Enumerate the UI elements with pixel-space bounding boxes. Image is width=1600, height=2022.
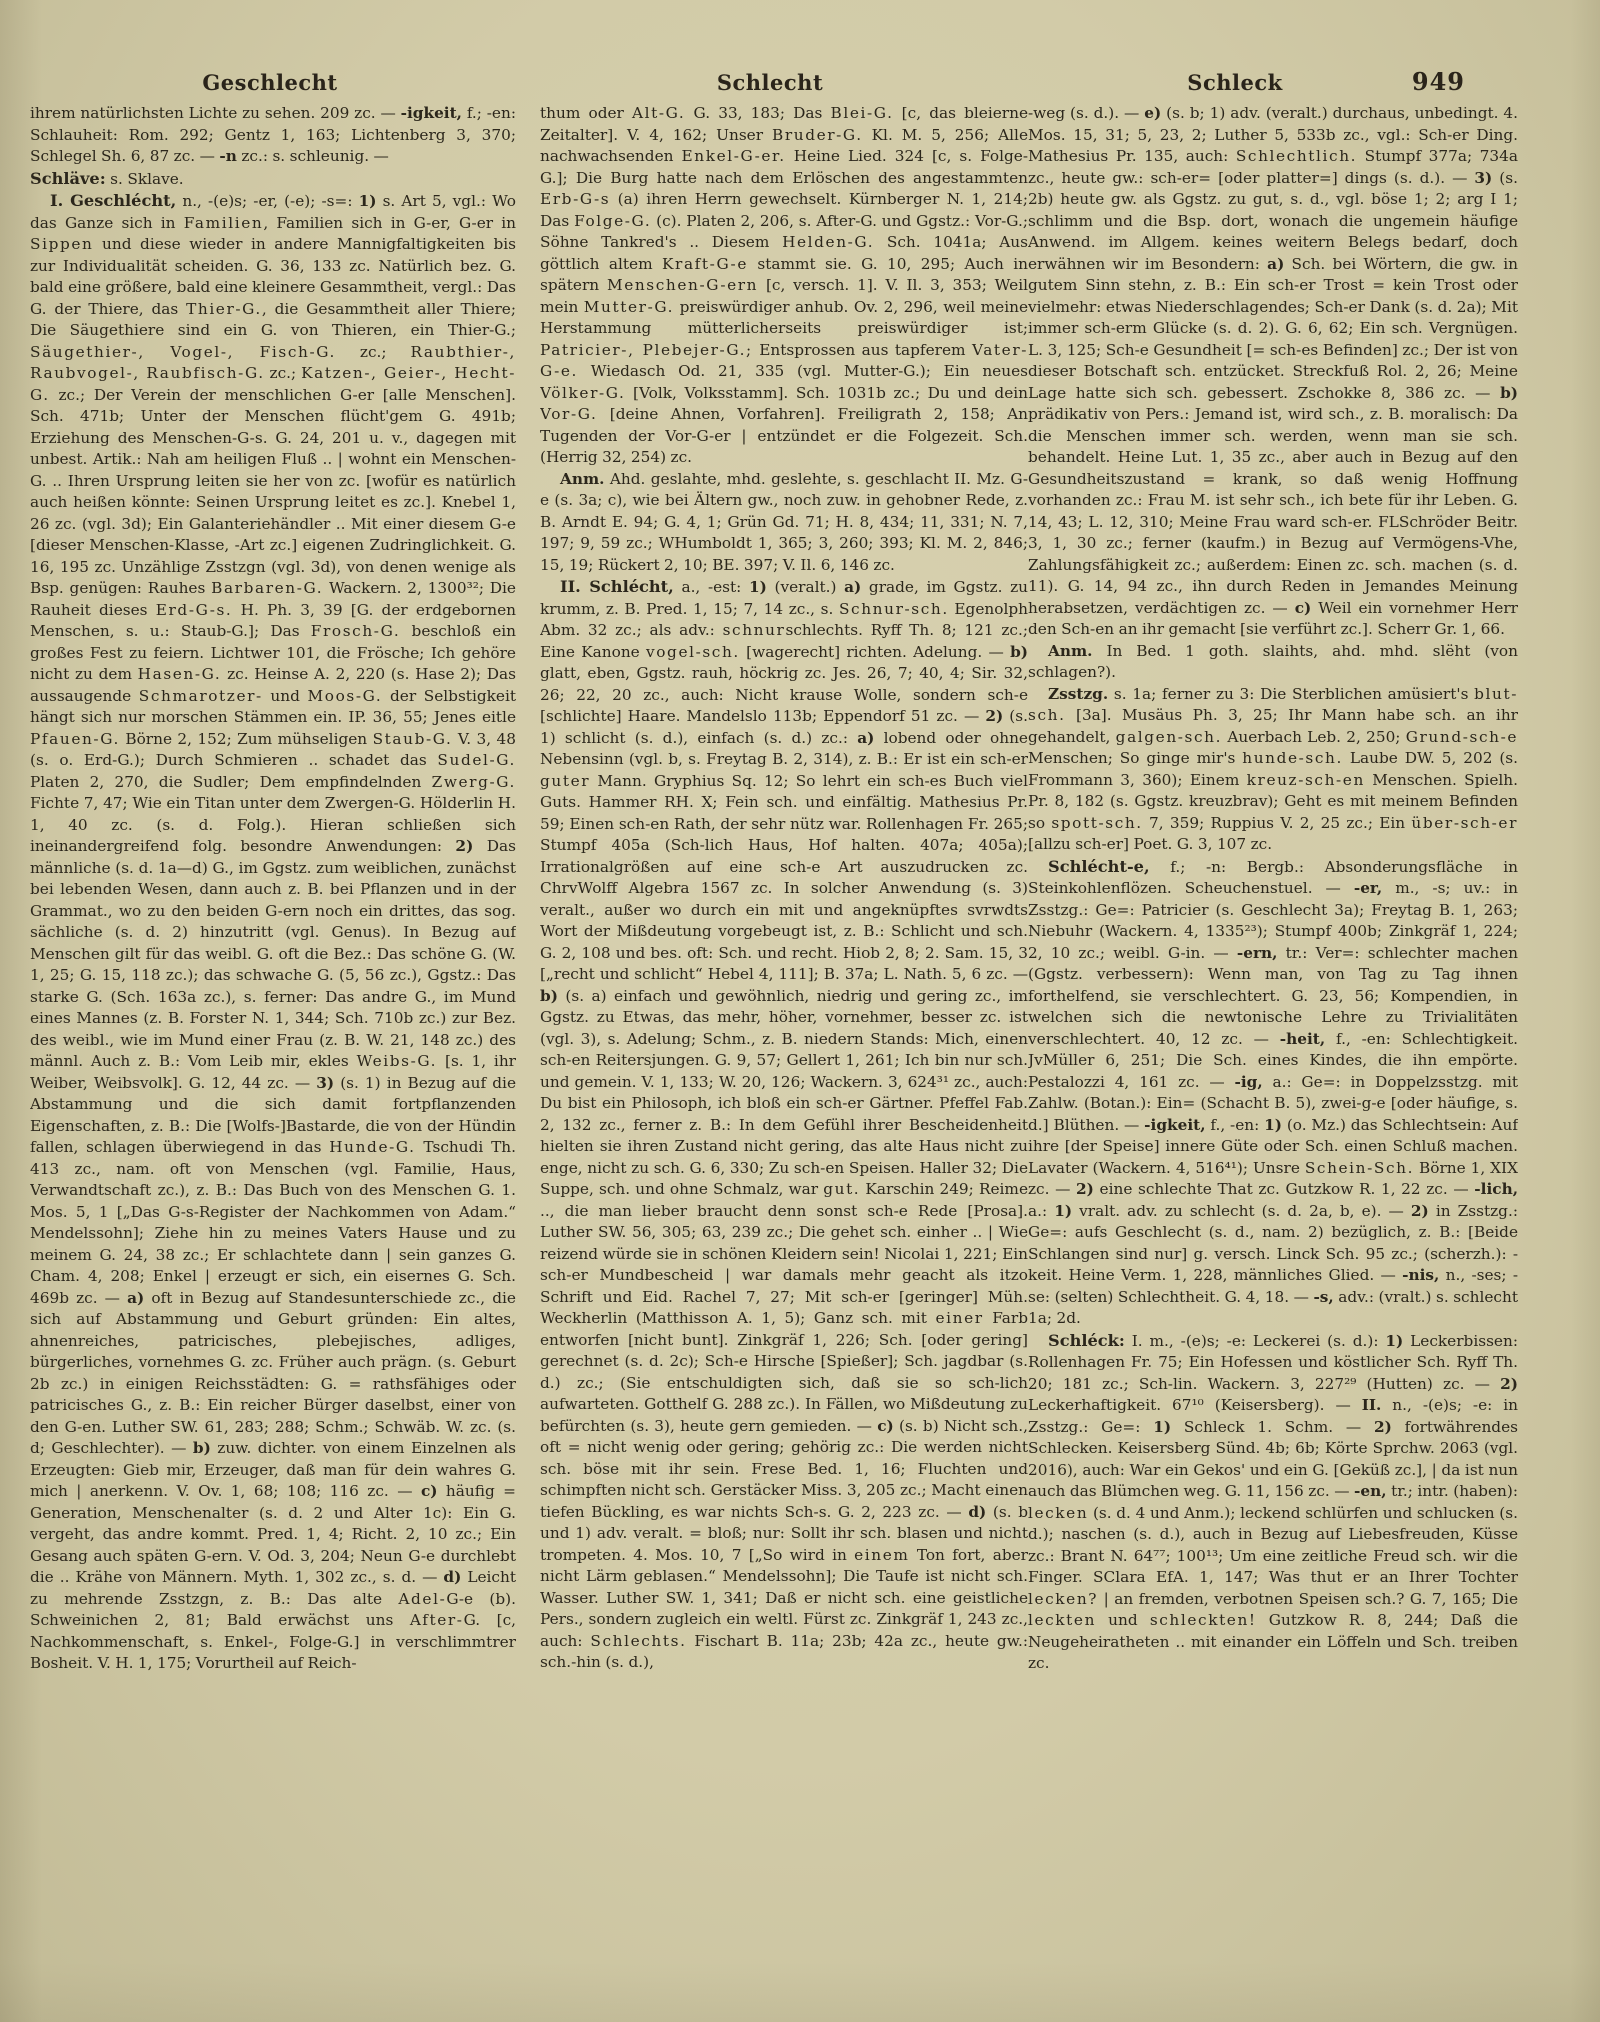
text-run: und	[263, 687, 308, 705]
text-run: hunde-sch.	[1242, 749, 1343, 767]
text-run: (veralt.)	[767, 578, 844, 596]
text-run: Folge-G.	[574, 212, 651, 230]
text-run: Enkel-G-er.	[682, 147, 786, 165]
text-run: und	[1096, 1611, 1150, 1629]
text-run: Hasen-G.	[138, 665, 222, 683]
text-run: gut.	[823, 1180, 860, 1198]
paragraph: Schläve: s. Sklave.	[30, 168, 516, 191]
paragraph: ihrem natürlichsten Lichte zu sehen. 209…	[30, 103, 516, 168]
text-run: spott-sch.	[1051, 814, 1142, 832]
text-run: Zwerg-G.	[432, 773, 516, 791]
text-run: Blei-G.	[831, 104, 894, 122]
paragraph: thum oder Alt-G. G. 33, 183; Das Blei-G.…	[540, 103, 1028, 469]
paragraph: Schléck: I. m., -(e)s; -e: Leckerei (s. …	[1028, 1330, 1518, 1675]
text-run: Mutter-G.	[584, 298, 674, 316]
text-run: glatt, eben, Ggstz. rauh, höckrig zc. Je…	[540, 664, 1028, 725]
text-run: lecken?	[1028, 1590, 1098, 1608]
text-column-3: -weg (s. d.). — e) (s. b; 1) adv. (veral…	[1028, 103, 1518, 1918]
text-run: d)	[968, 1503, 986, 1521]
entry-headword: II. Schlécht,	[560, 577, 674, 596]
text-run: -en,	[1354, 1482, 1387, 1500]
text-run: a)	[857, 729, 874, 747]
text-run: Anm.	[1048, 642, 1093, 660]
text-run: Erb-G-s	[540, 190, 610, 208]
text-run: Sudel-G.	[437, 751, 516, 769]
text-run: Erd-G-s.	[156, 601, 233, 619]
text-run: vralt. adv. zu schlecht (s. d. 2a, b, e)…	[1072, 1202, 1411, 1220]
text-run: Schleck 1. Schm. —	[1171, 1418, 1374, 1436]
text-run: Anm.	[560, 470, 605, 488]
text-run: c)	[421, 1482, 438, 1500]
text-run: über-sch-er	[1411, 814, 1518, 832]
text-run: -nis,	[1402, 1266, 1439, 1284]
text-run: I. m., -(e)s; -e: Leckerei (s. d.):	[1125, 1332, 1385, 1350]
text-run: In Bed. 1 goth. slaihts, ahd. mhd. slëht…	[1028, 642, 1518, 682]
text-run: Pfauen-G.	[30, 730, 120, 748]
text-run: Adel-	[398, 1590, 446, 1608]
text-run: Börne 2, 152; Zum mühseligen	[120, 730, 373, 748]
text-run: 2)	[1076, 1180, 1094, 1198]
text-run: e)	[1144, 104, 1161, 122]
text-run: Grund-sch-e	[1406, 728, 1518, 746]
text-run: zc.; Der Verein der menschlichen G-er [a…	[30, 386, 516, 598]
text-run: thum oder	[540, 104, 632, 122]
text-run: Platen 2, 270, die Sudler; Dem empfindel…	[30, 773, 432, 791]
text-run: kreuz-sch-en	[1247, 771, 1365, 789]
text-run: Sch. bei Wörtern, die gw. in gutem Sinn …	[1028, 255, 1518, 402]
text-run: Menschen; So ginge mir's	[1028, 749, 1242, 767]
text-run: 2)	[1500, 1375, 1518, 1393]
text-run: -lich,	[1474, 1180, 1518, 1198]
text-run: -er,	[1354, 879, 1382, 897]
text-run: Auerbach Leb. 2, 250;	[1222, 728, 1406, 746]
entry-headword: I. Geschlécht,	[50, 191, 176, 210]
text-run: Vor-G.	[540, 405, 597, 423]
text-run: schleckten!	[1150, 1611, 1257, 1629]
text-run: Karschin 249; Reime .., die man lieber b…	[540, 1180, 1028, 1327]
text-run: 1)	[749, 578, 767, 596]
text-run: Thier-G.	[186, 300, 262, 318]
entry-headword: Schlécht-e,	[1048, 857, 1150, 876]
text-run: -n	[219, 147, 236, 165]
text-run: [Volk, Volksstamm]. Sch. 1031b zc.; Du u…	[625, 384, 1028, 402]
paragraph: Anm. In Bed. 1 goth. slaihts, ahd. mhd. …	[1028, 641, 1518, 684]
text-run: b)	[1010, 643, 1028, 661]
text-run: Familien	[184, 214, 264, 232]
text-run: einem	[854, 1546, 909, 1564]
text-run: Schlechtlich.	[1236, 147, 1357, 165]
text-column-1: ihrem natürlichsten Lichte zu sehen. 209…	[30, 103, 516, 1918]
text-run: [wagerecht] richten. Adelung. —	[740, 643, 1010, 661]
paragraph: I. Geschlécht, n., -(e)s; -er, (-e); -s=…	[30, 190, 516, 1675]
text-run: Leckerhaftigkeit. 67¹⁰ (Keisersberg). —	[1028, 1396, 1362, 1414]
text-run: 2)	[985, 707, 1003, 725]
text-run: Patricier-, Plebejer-G.;	[540, 341, 753, 359]
text-run: Moos-G.	[308, 687, 383, 705]
text-run: , Familien sich in G-er, G-er in	[263, 214, 516, 232]
text-run: 3)	[316, 1074, 334, 1092]
text-run: Schmarotzer-	[139, 687, 263, 705]
text-run: 7, 359; Ruppius V. 2, 25 zc.; Ein	[1143, 814, 1412, 832]
text-run: b)	[193, 1439, 211, 1457]
text-run: 2)	[1374, 1418, 1392, 1436]
text-run: 1)	[359, 192, 377, 210]
text-run: einer	[935, 1309, 983, 1327]
text-run: Ahd. geslahte, mhd. geslehte, s. geschla…	[540, 470, 1028, 574]
running-head-schleck: Schleck	[1120, 70, 1350, 96]
text-run: tr.; intr. (haben):	[1387, 1482, 1518, 1500]
text-run: Wiedasch Od. 21, 335 (vgl. Mutter-G.); E…	[578, 362, 1028, 380]
dictionary-page: Geschlecht Schlecht Schleck 949 ihrem na…	[0, 0, 1600, 2022]
text-run: c)	[877, 1417, 894, 1435]
text-run: n., -(e)s; -er, (-e); -s=:	[176, 192, 358, 210]
text-run: Schnur-sch.	[839, 600, 949, 618]
text-run: zc.;	[336, 343, 411, 361]
text-run: Schein-Sch.	[1305, 1159, 1414, 1177]
running-head-schlecht: Schlecht	[640, 70, 900, 96]
text-run: Alt-G.	[632, 104, 685, 122]
text-run: | an fremden, verbotnen Speisen sch.? G.…	[1098, 1590, 1518, 1608]
entry-headword: Schléck:	[1048, 1331, 1125, 1350]
text-run: lecken	[1028, 1504, 1088, 1522]
text-run: 1)	[1264, 1116, 1282, 1134]
text-run: -weg (s. d.). —	[1028, 104, 1144, 122]
paragraph: Anm. Ahd. geslahte, mhd. geslehte, s. ge…	[540, 469, 1028, 577]
text-run: -ern,	[1237, 944, 1278, 962]
text-run: 3)	[1474, 169, 1492, 187]
text-run: G. 33, 183; Das	[685, 104, 830, 122]
text-run: Helden-G.	[782, 233, 874, 251]
text-run: Völker-G.	[540, 384, 625, 402]
text-run: a., -est:	[674, 578, 749, 596]
text-run: 2)	[455, 837, 473, 855]
text-run: Entsprossen aus tapferem	[753, 341, 972, 359]
text-run: s. 1a; ferner zu 3: Die Sterblichen amüs…	[1108, 685, 1474, 703]
text-run: s. Sklave.	[106, 170, 184, 188]
text-run: f., -en:	[1206, 1116, 1265, 1134]
text-run: Säugethier-, Vogel-, Fisch-G.	[30, 343, 336, 361]
text-run: a)	[127, 1289, 144, 1307]
text-run: Schlechts.	[590, 1632, 686, 1650]
paragraph: Zsstzg. s. 1a; ferner zu 3: Die Sterblic…	[1028, 684, 1518, 856]
text-run: -ig,	[1235, 1073, 1263, 1091]
text-run: vogel-sch.	[646, 643, 740, 661]
text-run: galgen-sch.	[1116, 728, 1222, 746]
entry-headword: Schläve:	[30, 169, 106, 188]
text-run: zc.: s. schleunig. —	[237, 147, 389, 165]
text-run: b)	[1500, 384, 1518, 402]
text-run: -igkeit,	[401, 104, 462, 122]
text-run: Bruder-G.	[772, 126, 863, 144]
text-run: After-	[410, 1611, 464, 1629]
text-run: -s,	[1313, 1288, 1333, 1306]
text-run: Menschen-G-ern	[607, 276, 758, 294]
text-run: b)	[540, 987, 558, 1005]
text-run: leckten	[1028, 1611, 1096, 1629]
text-run: Weibs-G.	[357, 1052, 438, 1070]
text-run: d)	[443, 1568, 461, 1586]
text-run: 1)	[1153, 1418, 1171, 1436]
page-number: 949	[1360, 67, 1465, 96]
text-run: a)	[1267, 255, 1284, 273]
text-run: Kraft-G-e	[662, 255, 748, 273]
text-run: guter	[540, 772, 590, 790]
paragraph: Schlécht-e, f.; -n: Bergb.: Absonderungs…	[1028, 856, 1518, 1330]
text-run: II.	[1362, 1396, 1382, 1414]
text-run: oft in Bezug auf Standesunterschiede zc.…	[30, 1289, 516, 1458]
text-run: Fichte 7, 47; Wie ein Titan unter dem Zw…	[30, 794, 516, 855]
text-run: ihrem natürlichsten Lichte zu sehen. 209…	[30, 104, 401, 122]
text-run: -heit,	[1280, 1030, 1325, 1048]
text-run: Tschudi Th. 413 zc., nam. oft von Mensch…	[30, 1138, 516, 1307]
text-run: prädikativ von Pers.: Jemand ist, wird s…	[1028, 405, 1518, 617]
text-column-2: thum oder Alt-G. G. 33, 183; Das Blei-G.…	[540, 103, 1028, 1918]
text-run: Sippen	[30, 235, 93, 253]
text-run: -igkeit,	[1144, 1116, 1205, 1134]
paragraph: II. Schlécht, a., -est: 1) (veralt.) a) …	[540, 576, 1028, 1674]
text-run: 1)	[1385, 1332, 1403, 1350]
text-run: Staub-G.	[373, 730, 453, 748]
text-run: 1)	[1054, 1202, 1072, 1220]
text-run: (s. a) einfach und gewöhnlich, niedrig u…	[540, 987, 1028, 1199]
text-run: Barbaren-G.	[211, 579, 323, 597]
text-run: [allzu sch-er] Poet. G. 3, 107 zc.	[1028, 835, 1272, 853]
text-run: eine schlechte That zc. Gutzkow R. 1, 22…	[1094, 1180, 1474, 1198]
text-run: 2)	[1411, 1202, 1429, 1220]
text-run: Frosch-G.	[311, 622, 401, 640]
text-run: Mann. Gryphius Sq. 12; So lehrt ein sch-…	[540, 772, 1028, 984]
text-run: Zsstzg.	[1048, 685, 1108, 703]
text-run: Hunde-G.	[329, 1138, 415, 1156]
text-run: a.:	[1028, 1202, 1054, 1220]
paragraph: -weg (s. d.). — e) (s. b; 1) adv. (veral…	[1028, 103, 1518, 641]
text-run: (s. d. 4 und Anm.); leckend schlürfen un…	[1028, 1504, 1518, 1587]
text-run: zc.;	[265, 364, 301, 382]
text-run: [deine Ahnen, Vorfahren]. Freiligrath 2,…	[540, 405, 1028, 466]
text-run: c)	[1295, 599, 1312, 617]
text-run: schnur	[723, 621, 786, 639]
text-run: a)	[844, 578, 861, 596]
running-head-geschlecht: Geschlecht	[130, 70, 410, 96]
text-run: Das männliche (s. d. 1a—d) G., im Ggstz.…	[30, 837, 516, 1070]
